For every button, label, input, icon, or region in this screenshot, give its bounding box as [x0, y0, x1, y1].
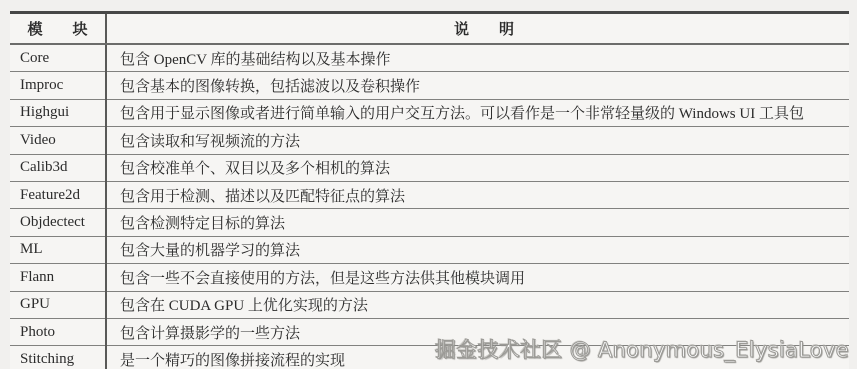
module-name-cell: Core [10, 44, 106, 72]
scanned-document-page: 模 块 说 明 Core 包含 OpenCV 库的基础结构以及基本操作 Impr… [0, 0, 857, 369]
module-description-cell: 包含基本的图像转换，包括滤波以及卷积操作 [106, 72, 849, 99]
module-name-cell: Photo [10, 318, 106, 345]
table-row: Highgui 包含用于显示图像或者进行简单输入的用户交互方法。可以看作是一个非… [10, 99, 849, 126]
module-name-cell: Objdectect [10, 209, 106, 236]
table-row: Improc 包含基本的图像转换，包括滤波以及卷积操作 [10, 72, 849, 99]
module-description-cell: 包含校准单个、双目以及多个相机的算法 [106, 154, 849, 181]
module-description-cell: 包含大量的机器学习的算法 [106, 236, 849, 263]
module-description-cell: 包含用于显示图像或者进行简单输入的用户交互方法。可以看作是一个非常轻量级的 Wi… [106, 99, 849, 126]
module-name-cell: Calib3d [10, 154, 106, 181]
module-name-cell: Flann [10, 264, 106, 291]
module-name-cell: Stitching [10, 346, 106, 369]
module-description-cell: 包含检测特定目标的算法 [106, 209, 849, 236]
module-name-cell: ML [10, 236, 106, 263]
table-row: Video 包含读取和写视频流的方法 [10, 127, 849, 154]
table-header-row: 模 块 说 明 [10, 13, 849, 45]
module-description-cell: 包含读取和写视频流的方法 [106, 127, 849, 154]
table-row: ML 包含大量的机器学习的算法 [10, 236, 849, 263]
module-name-cell: Improc [10, 72, 106, 99]
table-row: Feature2d 包含用于检测、描述以及匹配特征点的算法 [10, 181, 849, 208]
module-description-cell: 包含在 CUDA GPU 上优化实现的方法 [106, 291, 849, 318]
table-row: GPU 包含在 CUDA GPU 上优化实现的方法 [10, 291, 849, 318]
module-name-cell: Feature2d [10, 181, 106, 208]
table-row: Flann 包含一些不会直接使用的方法，但是这些方法供其他模块调用 [10, 264, 849, 291]
module-description-cell: 包含用于检测、描述以及匹配特征点的算法 [106, 181, 849, 208]
module-name-cell: Highgui [10, 99, 106, 126]
module-description-cell: 包含 OpenCV 库的基础结构以及基本操作 [106, 44, 849, 72]
table-row: Core 包含 OpenCV 库的基础结构以及基本操作 [10, 44, 849, 72]
table-body: Core 包含 OpenCV 库的基础结构以及基本操作 Improc 包含基本的… [10, 44, 849, 369]
module-column-header: 模 块 [10, 13, 106, 45]
module-name-cell: Video [10, 127, 106, 154]
table-row: Objdectect 包含检测特定目标的算法 [10, 209, 849, 236]
table-row: Calib3d 包含校准单个、双目以及多个相机的算法 [10, 154, 849, 181]
opencv-modules-table: 模 块 说 明 Core 包含 OpenCV 库的基础结构以及基本操作 Impr… [10, 11, 849, 369]
module-description-cell: 包含一些不会直接使用的方法，但是这些方法供其他模块调用 [106, 264, 849, 291]
module-name-cell: GPU [10, 291, 106, 318]
watermark: 掘金技术社区 @ Anonymous_ElysiaLove [435, 334, 849, 364]
description-column-header: 说 明 [106, 13, 849, 45]
